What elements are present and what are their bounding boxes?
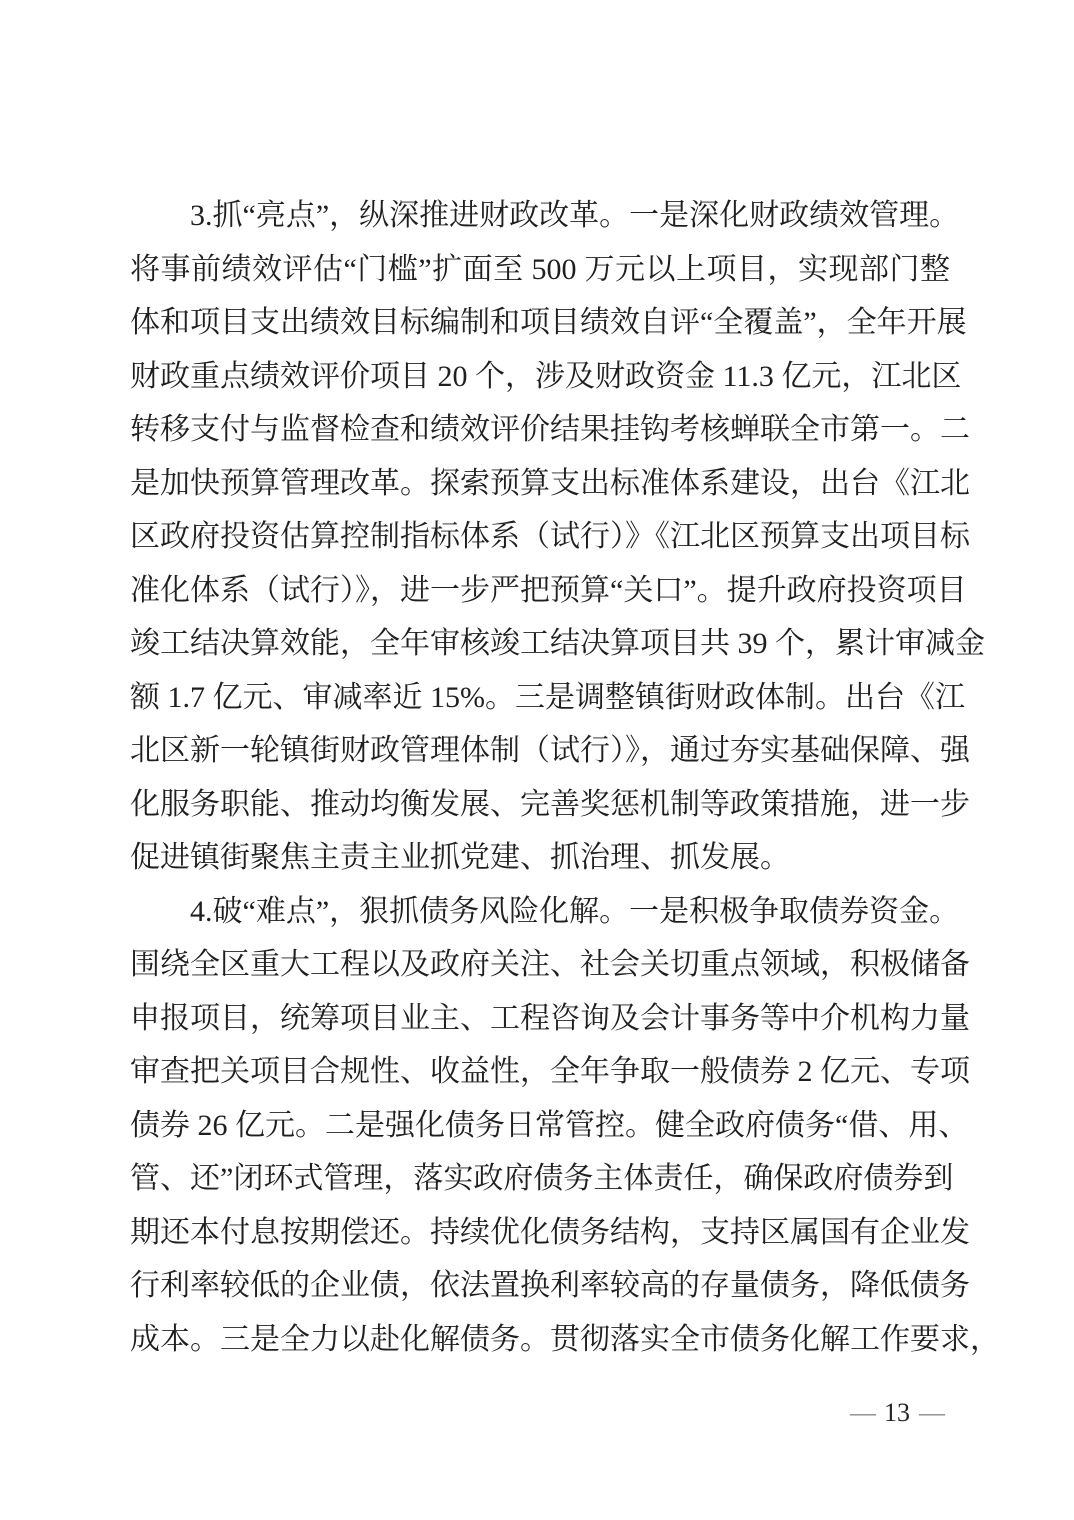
text-line: 成本。三是全力以赴化解债务。贯彻落实全市债务化解工作要求，	[130, 1313, 950, 1367]
text-line: 体和项目支出绩效目标编制和项目绩效自评“全覆盖”，全年开展	[130, 296, 950, 350]
document-page: 3.抓“亮点”，纵深推进财政改革。一是深化财政绩效管理。将事前绩效评估“门槛”扩…	[0, 0, 1074, 1520]
text-line: 围绕全区重大工程以及政府关注、社会关切重点领域，积极储备	[130, 938, 950, 992]
text-line: 财政重点绩效评价项目 20 个，涉及财政资金 11.3 亿元，江北区	[130, 350, 950, 404]
text-line: 是加快预算管理改革。探索预算支出标准体系建设，出台《江北	[130, 457, 950, 511]
text-line: 申报项目，统筹项目业主、工程咨询及会计事务等中介机构力量	[130, 992, 950, 1046]
text-line: 审查把关项目合规性、收益性，全年争取一般债券 2 亿元、专项	[130, 1045, 950, 1099]
text-line: 区政府投资估算控制指标体系（试行）》《江北区预算支出项目标	[130, 510, 950, 564]
text-line: 化服务职能、推动均衡发展、完善奖惩机制等政策措施，进一步	[130, 778, 950, 832]
text-line: 额 1.7 亿元、审减率近 15%。三是调整镇街财政体制。出台《江	[130, 671, 950, 725]
text-line: 行利率较低的企业债，依法置换利率较高的存量债务，降低债务	[130, 1259, 950, 1313]
text-line: 4.破“难点”，狠抓债务风险化解。一是积极争取债券资金。	[130, 885, 950, 939]
text-line: 3.抓“亮点”，纵深推进财政改革。一是深化财政绩效管理。	[130, 189, 950, 243]
document-body: 3.抓“亮点”，纵深推进财政改革。一是深化财政绩效管理。将事前绩效评估“门槛”扩…	[130, 189, 950, 1366]
text-line: 将事前绩效评估“门槛”扩面至 500 万元以上项目，实现部门整	[130, 243, 950, 297]
text-line: 管、还”闭环式管理，落实政府债务主体责任，确保政府债券到	[130, 1152, 950, 1206]
text-line: 准化体系（试行）》，进一步严把预算“关口”。提升政府投资项目	[130, 564, 950, 618]
page-number: — 13 —	[850, 1398, 944, 1428]
text-line: 期还本付息按期偿还。持续优化债务结构，支持区属国有企业发	[130, 1206, 950, 1260]
text-line: 债券 26 亿元。二是强化债务日常管控。健全政府债务“借、用、	[130, 1099, 950, 1153]
page-number-right-dash: —	[919, 1398, 944, 1428]
text-line: 竣工结决算效能，全年审核竣工结决算项目共 39 个，累计审减金	[130, 617, 950, 671]
text-line: 北区新一轮镇街财政管理体制（试行）》，通过夯实基础保障、强	[130, 724, 950, 778]
text-line: 促进镇街聚焦主责主业抓党建、抓治理、抓发展。	[130, 831, 950, 885]
page-number-left-dash: —	[850, 1398, 875, 1428]
page-number-value: 13	[884, 1398, 910, 1428]
text-line: 转移支付与监督检查和绩效评价结果挂钩考核蝉联全市第一。二	[130, 403, 950, 457]
